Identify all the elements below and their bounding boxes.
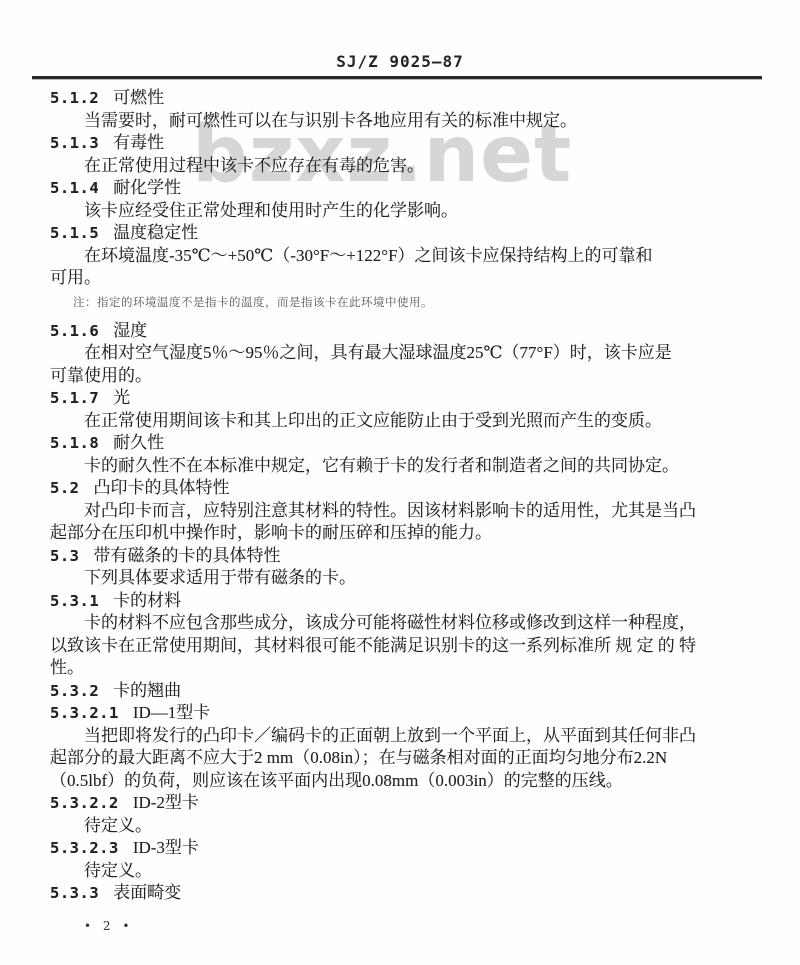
- section-heading: 5.1.4耐化学性: [50, 177, 748, 200]
- section-heading: 5.1.7光: [50, 387, 748, 410]
- section-number: 5.1.4: [50, 179, 99, 197]
- section-number: 5.3.2.2: [50, 794, 119, 812]
- section-title: 湿度: [113, 321, 147, 340]
- section-title: ID—1型卡: [133, 703, 210, 722]
- section-heading: 5.3.1卡的材料: [50, 590, 748, 613]
- section-heading: 5.3.2.2ID-2型卡: [50, 792, 748, 815]
- section-number: 5.1.2: [50, 89, 99, 107]
- section-heading: 5.3.2卡的翘曲: [50, 680, 748, 703]
- paragraph: 该卡应经受住正常处理和使用时产生的化学影响。: [50, 200, 748, 223]
- section-title: 卡的材料: [113, 591, 181, 610]
- section-title: 温度稳定性: [113, 223, 198, 242]
- section-title: 有毒性: [113, 133, 164, 152]
- content-blocks: 5.1.2可燃性当需要时，耐可燃性可以在与识别卡各地应用有关的标准中规定。5.1…: [0, 79, 800, 905]
- paragraph: 下列具体要求适用于带有磁条的卡。: [50, 567, 748, 590]
- paragraph: 对凸印卡而言，应特别注意其材料的特性。因该材料影响卡的适用性，尤其是当凸 起部分…: [50, 500, 748, 545]
- section-heading: 5.1.5温度稳定性: [50, 222, 748, 245]
- page-header: SJ/Z 9025—87: [0, 0, 800, 71]
- section-number: 5.2: [50, 479, 80, 497]
- section-title: 凸印卡的具体特性: [94, 478, 230, 497]
- paragraph: 卡的耐久性不在本标准中规定，它有赖于卡的发行者和制造者之间的共同协定。: [50, 455, 748, 478]
- section-heading: 5.3带有磁条的卡的具体特性: [50, 545, 748, 568]
- section-number: 5.3.2.3: [50, 839, 119, 857]
- section-heading: 5.1.8耐久性: [50, 432, 748, 455]
- paragraph: 卡的材料不应包含那些成分，该成分可能将磁性材料位移或修改到这样一种程度， 以致该…: [50, 612, 748, 680]
- paragraph: 待定义。: [50, 860, 748, 883]
- section-title: 光: [113, 388, 130, 407]
- section-heading: 5.3.2.1ID—1型卡: [50, 702, 748, 725]
- section-heading: 5.3.2.3ID-3型卡: [50, 837, 748, 860]
- section-number: 5.1.8: [50, 434, 99, 452]
- section-title: 卡的翘曲: [113, 681, 181, 700]
- section-title: 表面畸变: [113, 883, 181, 902]
- section-title: 带有磁条的卡的具体特性: [94, 546, 281, 565]
- section-title: 耐久性: [113, 433, 164, 452]
- section-heading: 5.1.3有毒性: [50, 132, 748, 155]
- paragraph: 当需要时，耐可燃性可以在与识别卡各地应用有关的标准中规定。: [50, 110, 748, 133]
- note-text: 注：指定的环境温度不是指卡的温度，而是指该卡在此环境中使用。: [50, 296, 748, 311]
- section-number: 5.3.2: [50, 682, 99, 700]
- section-number: 5.3.2.1: [50, 704, 119, 722]
- paragraph: 当把即将发行的凸印卡／编码卡的正面朝上放到一个平面上，从平面到其任何非凸 起部分…: [50, 725, 748, 793]
- page-number: • 2 •: [84, 919, 800, 933]
- section-number: 5.1.7: [50, 389, 99, 407]
- section-heading: 5.3.3表面畸变: [50, 882, 748, 905]
- section-number: 5.3.1: [50, 592, 99, 610]
- paragraph: 在正常使用期间该卡和其上印出的正文应能防止由于受到光照而产生的变质。: [50, 410, 748, 433]
- paragraph: 在正常使用过程中该卡不应存在有毒的危害。: [50, 155, 748, 178]
- section-number: 5.3.3: [50, 884, 99, 902]
- section-heading: 5.2凸印卡的具体特性: [50, 477, 748, 500]
- section-heading: 5.1.6湿度: [50, 320, 748, 343]
- section-title: 耐化学性: [113, 178, 181, 197]
- section-number: 5.1.6: [50, 322, 99, 340]
- section-title: ID-2型卡: [133, 793, 199, 812]
- section-number: 5.3: [50, 547, 80, 565]
- section-heading: 5.1.2可燃性: [50, 87, 748, 110]
- paragraph: 在环境温度-35℃～+50℃（-30°F～+122°F）之间该卡应保持结构上的可…: [50, 245, 748, 290]
- paragraph: 待定义。: [50, 815, 748, 838]
- document-page: bzxz.net SJ/Z 9025—87 5.1.2可燃性当需要时，耐可燃性可…: [0, 0, 800, 965]
- doc-number: SJ/Z 9025—87: [336, 52, 464, 71]
- section-number: 5.1.3: [50, 134, 99, 152]
- section-number: 5.1.5: [50, 224, 99, 242]
- section-title: 可燃性: [113, 88, 164, 107]
- document-body: SJ/Z 9025—87 5.1.2可燃性当需要时，耐可燃性可以在与识别卡各地应…: [0, 0, 800, 933]
- section-title: ID-3型卡: [133, 838, 199, 857]
- paragraph: 在相对空气湿度5％～95％之间，具有最大湿球温度25℃（77°F）时，该卡应是 …: [50, 342, 748, 387]
